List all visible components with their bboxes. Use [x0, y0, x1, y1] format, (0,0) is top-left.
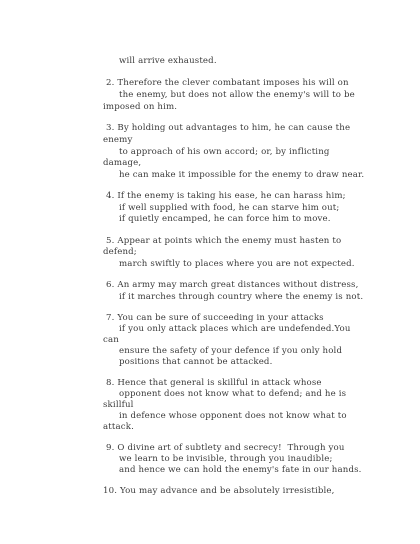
text-line: imposed on him. — [103, 102, 177, 113]
text-line: 6. An army may march great distances wit… — [106, 280, 358, 291]
text-line: 7. You can be sure of succeeding in your… — [106, 313, 324, 324]
text-line: skillful — [103, 400, 134, 411]
text-line: opponent does not know what to defend; a… — [119, 389, 346, 400]
text-line: enemy — [103, 135, 132, 146]
text-line: the enemy, but does not allow the enemy'… — [119, 90, 355, 101]
text-line: if quietly encamped, he can force him to… — [119, 214, 331, 225]
text-line: in defence whose opponent does not know … — [119, 411, 347, 422]
text-line: defend; — [103, 247, 137, 258]
text-line: 5. Appear at points which the enemy must… — [106, 236, 341, 247]
text-line: if it marches through country where the … — [119, 292, 363, 303]
text-line: will arrive exhausted. — [119, 56, 217, 67]
text-line: 4. If the enemy is taking his ease, he c… — [106, 191, 346, 202]
text-line: 3. By holding out advantages to him, he … — [106, 123, 350, 134]
text-line: if well supplied with food, he can starv… — [119, 203, 339, 214]
text-line: 10. You may advance and be absolutely ir… — [103, 486, 335, 497]
text-line: ensure the safety of your defence if you… — [119, 346, 342, 357]
text-line: 9. O divine art of subtlety and secrecy!… — [106, 443, 345, 454]
text-line: to approach of his own accord; or, by in… — [119, 147, 330, 158]
text-line: attack. — [103, 422, 134, 433]
text-line: he can make it impossible for the enemy … — [119, 170, 364, 181]
document-page: will arrive exhausted.2. Therefore the c… — [0, 0, 420, 544]
text-line: if you only attack places which are unde… — [119, 324, 351, 335]
text-line: 2. Therefore the clever combatant impose… — [106, 78, 349, 89]
text-line: and hence we can hold the enemy's fate i… — [119, 465, 362, 476]
text-line: can — [103, 335, 119, 346]
text-line: we learn to be invisible, through you in… — [119, 454, 333, 465]
text-line: damage, — [103, 158, 141, 169]
text-line: positions that cannot be attacked. — [119, 357, 272, 368]
text-line: 8. Hence that general is skillful in att… — [106, 378, 322, 389]
text-line: march swiftly to places where you are no… — [119, 259, 355, 270]
